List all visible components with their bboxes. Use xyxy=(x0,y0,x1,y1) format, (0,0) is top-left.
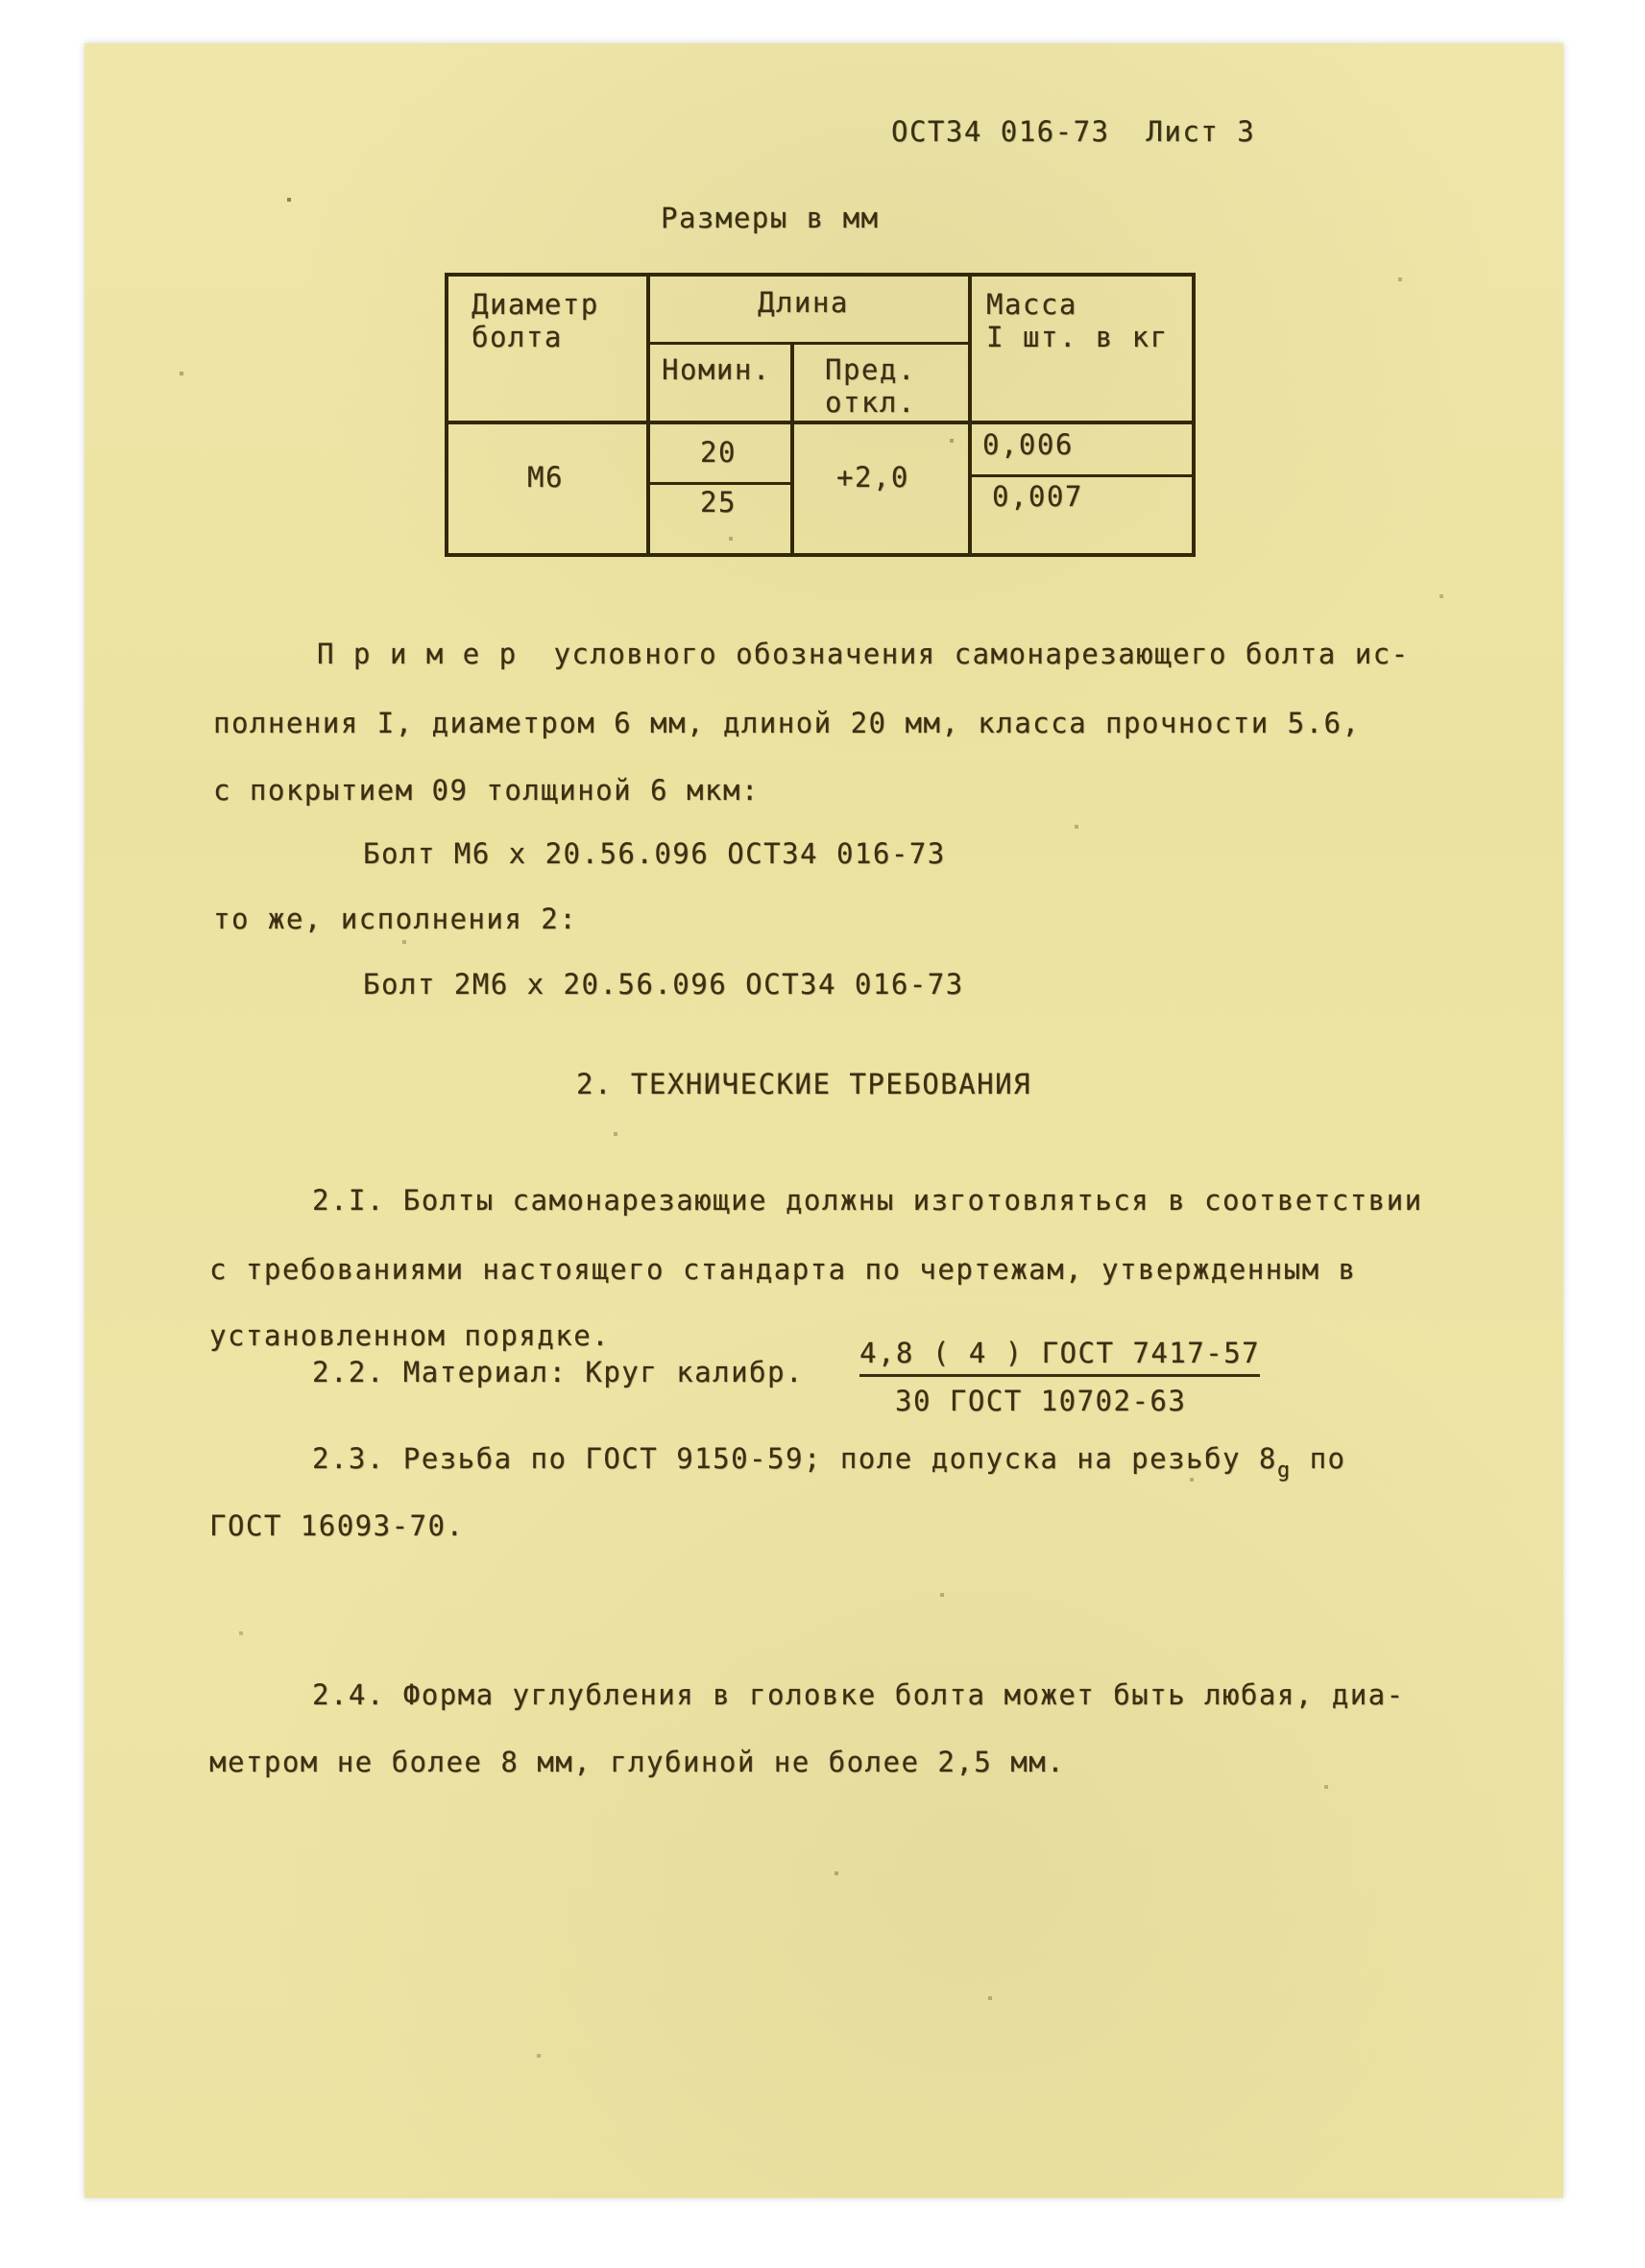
cell-mass-top: 0,006 xyxy=(982,428,1074,461)
scanned-document-page: ОСТ34 016-73 Лист 3 Размеры в мм Диаметр… xyxy=(0,0,1645,2268)
clause-2-3-line1-text: 2.3. Резьба по ГОСТ 9150-59; поле допуск… xyxy=(312,1442,1277,1475)
cell-nominal-top: 20 xyxy=(700,436,737,469)
mass-fraction-line xyxy=(968,474,1192,477)
page-header: ОСТ34 016-73 Лист 3 xyxy=(891,115,1255,148)
paper-specks xyxy=(0,0,2,2)
dimensions-table: Диаметр болта Длина Номин. Пред. откл. М… xyxy=(445,273,1196,557)
cell-diameter-value: М6 xyxy=(527,461,564,494)
col-header-deviation-line1: Пред. xyxy=(825,353,916,386)
table-vline-deviation-mass xyxy=(968,277,972,553)
clause-2-1-line2: с требованиями настоящего стандарта по ч… xyxy=(209,1253,1356,1286)
clause-2-4-line2: метром не более 8 мм, глубиной не более … xyxy=(209,1746,1065,1778)
clause-2-3-line1: 2.3. Резьба по ГОСТ 9150-59; поле допуск… xyxy=(312,1442,1346,1479)
clause-2-1-line1: 2.I. Болты самонарезающие должны изготов… xyxy=(312,1184,1423,1217)
col-header-mass-line2: I шт. в кг xyxy=(986,321,1169,353)
example-line-3: с покрытием 09 толщиной 6 мкм: xyxy=(213,774,760,807)
thread-tolerance-subscript: g xyxy=(1277,1459,1292,1483)
col-header-diameter-line1: Диаметр xyxy=(472,288,599,321)
example-line-1: П р и м е р условного обозначения самона… xyxy=(317,638,1410,670)
col-header-nominal: Номин. xyxy=(662,353,771,386)
table-vline-diameter-length xyxy=(646,277,650,553)
table-caption: Размеры в мм xyxy=(661,202,880,234)
cell-mass-bottom: 0,007 xyxy=(992,480,1083,513)
clause-2-2-prefix: 2.2. Материал: Круг калибр. xyxy=(312,1356,804,1388)
clause-2-1-line3: установленном порядке. xyxy=(209,1319,610,1352)
cell-nominal-bottom: 25 xyxy=(700,486,737,519)
bolt-designation-1: Болт М6 х 20.56.096 ОСТ34 016-73 xyxy=(363,837,946,870)
col-header-length-group: Длина xyxy=(758,286,849,319)
clause-2-4-line1: 2.4. Форма углубления в головке болта мо… xyxy=(312,1678,1405,1711)
col-header-deviation-line2: откл. xyxy=(825,386,916,419)
clause-2-2-fraction-denominator: 30 ГОСТ 10702-63 xyxy=(895,1385,1186,1417)
cell-deviation-value: +2,0 xyxy=(836,461,909,494)
clause-2-3-line1-tail: по xyxy=(1292,1442,1346,1475)
col-header-diameter-line2: болта xyxy=(472,321,563,353)
example-same-line: то же, исполнения 2: xyxy=(213,903,577,935)
table-hline-header-body xyxy=(448,421,1192,424)
bolt-designation-2: Болт 2М6 х 20.56.096 ОСТ34 016-73 xyxy=(363,968,964,1001)
col-header-mass-line1: Масса xyxy=(986,288,1077,321)
clause-2-2-fraction-numerator: 4,8 ( 4 ) ГОСТ 7417-57 xyxy=(859,1337,1260,1377)
nominal-fraction-line xyxy=(646,482,790,485)
table-hline-length-underline xyxy=(646,342,968,345)
table-vline-nominal-deviation xyxy=(790,342,794,553)
example-line-2: полнения I, диаметром 6 мм, длиной 20 мм… xyxy=(213,707,1360,739)
section-2-heading: 2. ТЕХНИЧЕСКИЕ ТРЕБОВАНИЯ xyxy=(576,1068,1031,1100)
clause-2-3-line2: ГОСТ 16093-70. xyxy=(209,1509,464,1542)
